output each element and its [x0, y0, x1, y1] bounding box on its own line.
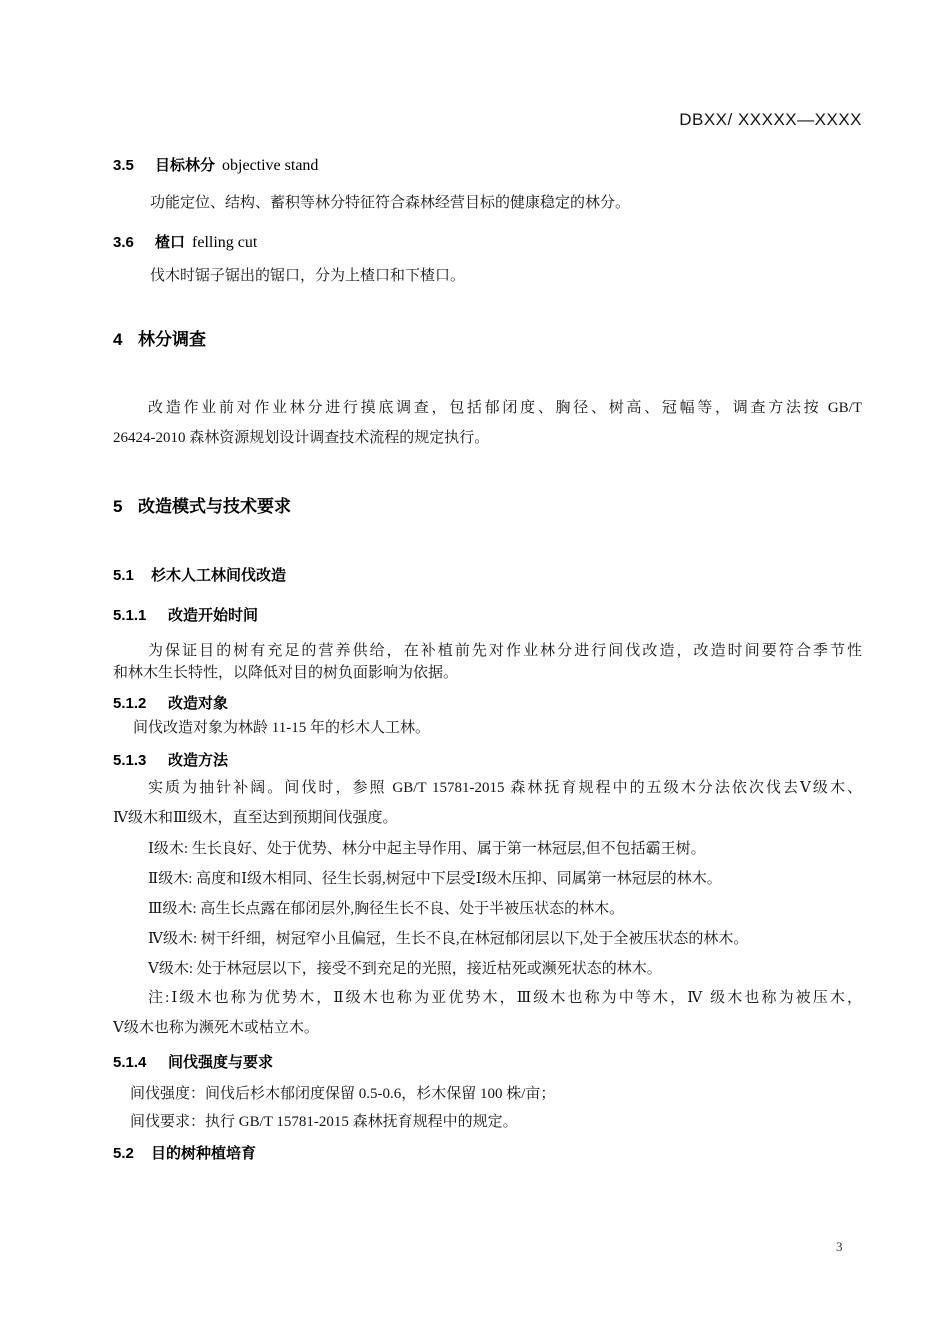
- clause-5-1-2-number: 5.1.2: [113, 693, 168, 715]
- tree-grade-note: 注:Ⅰ级木也称为优势木，Ⅱ级木也称为亚优势木，Ⅲ级木也称为中等木，Ⅳ 级木也称为…: [113, 983, 862, 1043]
- term-3-6-number: 3.6: [113, 232, 155, 254]
- clause-5-1-1-paragraph-line: 为保证目的树有充足的营养供给，在补植前先对作业林分进行间伐改造，改造时间要符合季…: [113, 640, 862, 662]
- term-3-5-heading: 3.5目标林分objective stand: [113, 155, 862, 177]
- term-3-5-number: 3.5: [113, 155, 155, 177]
- term-3-6-heading: 3.6楂口felling cut: [113, 232, 862, 254]
- section-4-paragraph-line: 改造作业前对作业林分进行摸底调查，包括郁闭度、胸径、树高、冠幅等，调查方法按 G…: [113, 393, 862, 423]
- term-3-5-title-en: objective stand: [222, 157, 318, 174]
- clause-5-1-4-paragraph: 间伐强度：间伐后杉木郁闭度保留 0.5-0.6，杉木保留 100 株/亩； 间伐…: [113, 1080, 862, 1136]
- page-number: 3: [836, 1238, 843, 1256]
- clause-5-1-3-paragraph-line: 实质为抽针补阔。间伐时，参照 GB/T 15781-2015 森林抚育规程中的五…: [113, 773, 862, 803]
- term-3-6-title-zh: 楂口: [155, 234, 185, 251]
- document-page: DBXX/ XXXXX—XXXX 3.5目标林分objective stand …: [0, 0, 950, 1344]
- clause-5-1-3-heading: 5.1.3改造方法: [113, 750, 862, 772]
- doc-code-header: DBXX/ XXXXX—XXXX: [113, 109, 862, 131]
- clause-5-1-2-paragraph: 间伐改造对象为林龄 11-15 年的杉木人工林。: [113, 718, 882, 739]
- term-3-6-title-en: felling cut: [192, 234, 257, 251]
- clause-5-1-3-paragraph-line: Ⅳ级木和Ⅲ级木，直至达到预期间伐强度。: [113, 803, 862, 833]
- section-4-heading: 4林分调查: [113, 327, 862, 352]
- clause-5-1-3-number: 5.1.3: [113, 750, 168, 772]
- tree-grade-item-4: Ⅳ级木: 树干纤细，树冠窄小且偏冠，生长不良,在林冠郁闭层以下,处于全被压状态的…: [113, 924, 862, 954]
- section-4-number: 4: [113, 327, 138, 352]
- clause-5-1-4-heading: 5.1.4间伐强度与要求: [113, 1052, 862, 1074]
- tree-grade-note-line: 注:Ⅰ级木也称为优势木，Ⅱ级木也称为亚优势木，Ⅲ级木也称为中等木，Ⅳ 级木也称为…: [113, 983, 862, 1013]
- tree-grade-list: Ⅰ级木: 生长良好、处于优势、林分中起主导作用、属于第一林冠层,但不包括霸王树。…: [113, 834, 862, 984]
- thinning-requirement-line: 间伐要求：执行 GB/T 15781-2015 森林抚育规程中的规定。: [113, 1108, 862, 1136]
- tree-grade-item-3: Ⅲ级木: 高生长点露在郁闭层外,胸径生长不良、处于半被压状态的林木。: [113, 894, 862, 924]
- term-3-5-definition: 功能定位、结构、蓄积等林分特征符合森林经营目标的健康稳定的林分。: [113, 193, 899, 214]
- clause-5-2-number: 5.2: [113, 1143, 151, 1165]
- section-5-heading: 5改造模式与技术要求: [113, 494, 862, 519]
- tree-grade-item-1: Ⅰ级木: 生长良好、处于优势、林分中起主导作用、属于第一林冠层,但不包括霸王树。: [113, 834, 862, 864]
- clause-5-1-2-title: 改造对象: [168, 695, 228, 712]
- term-3-5-title-zh: 目标林分: [155, 157, 215, 174]
- tree-grade-note-line: Ⅴ级木也称为濒死木或枯立木。: [113, 1013, 862, 1043]
- term-3-6-definition: 伐木时锯子锯出的锯口，分为上楂口和下楂口。: [113, 266, 899, 287]
- clause-5-1-number: 5.1: [113, 565, 151, 587]
- clause-5-1-1-heading: 5.1.1改造开始时间: [113, 605, 862, 627]
- clause-5-2-heading: 5.2目的树种植培育: [113, 1143, 862, 1165]
- clause-5-1-1-paragraph-line: 和林木生长特性，以降低对目的树负面影响为依据。: [113, 662, 862, 684]
- section-4-title: 林分调查: [138, 330, 206, 349]
- clause-5-1-1-number: 5.1.1: [113, 605, 168, 627]
- clause-5-1-3-title: 改造方法: [168, 752, 228, 769]
- section-4-paragraph-line: 26424-2010 森林资源规划设计调查技术流程的规定执行。: [113, 423, 862, 453]
- clause-5-1-2-heading: 5.1.2改造对象: [113, 693, 862, 715]
- section-4-paragraph: 改造作业前对作业林分进行摸底调查，包括郁闭度、胸径、树高、冠幅等，调查方法按 G…: [113, 393, 862, 453]
- clause-5-2-title: 目的树种植培育: [151, 1145, 256, 1162]
- section-5-title: 改造模式与技术要求: [138, 497, 291, 516]
- section-5-number: 5: [113, 494, 138, 519]
- clause-5-1-4-number: 5.1.4: [113, 1052, 168, 1074]
- clause-5-1-heading: 5.1杉木人工林间伐改造: [113, 565, 862, 587]
- clause-5-1-1-title: 改造开始时间: [168, 607, 258, 624]
- clause-5-1-4-title: 间伐强度与要求: [168, 1054, 273, 1071]
- thinning-intensity-line: 间伐强度：间伐后杉木郁闭度保留 0.5-0.6，杉木保留 100 株/亩；: [113, 1080, 862, 1108]
- clause-5-1-title: 杉木人工林间伐改造: [151, 567, 286, 584]
- clause-5-1-1-paragraph: 为保证目的树有充足的营养供给，在补植前先对作业林分进行间伐改造，改造时间要符合季…: [113, 640, 862, 684]
- tree-grade-item-5: Ⅴ级木: 处于林冠层以下，接受不到充足的光照，接近枯死或濒死状态的林木。: [113, 954, 862, 984]
- tree-grade-item-2: Ⅱ级木: 高度和Ⅰ级木相同、径生长弱,树冠中下层受Ⅰ级木压抑、同属第一林冠层的林…: [113, 864, 862, 894]
- clause-5-1-3-paragraph: 实质为抽针补阔。间伐时，参照 GB/T 15781-2015 森林抚育规程中的五…: [113, 773, 862, 833]
